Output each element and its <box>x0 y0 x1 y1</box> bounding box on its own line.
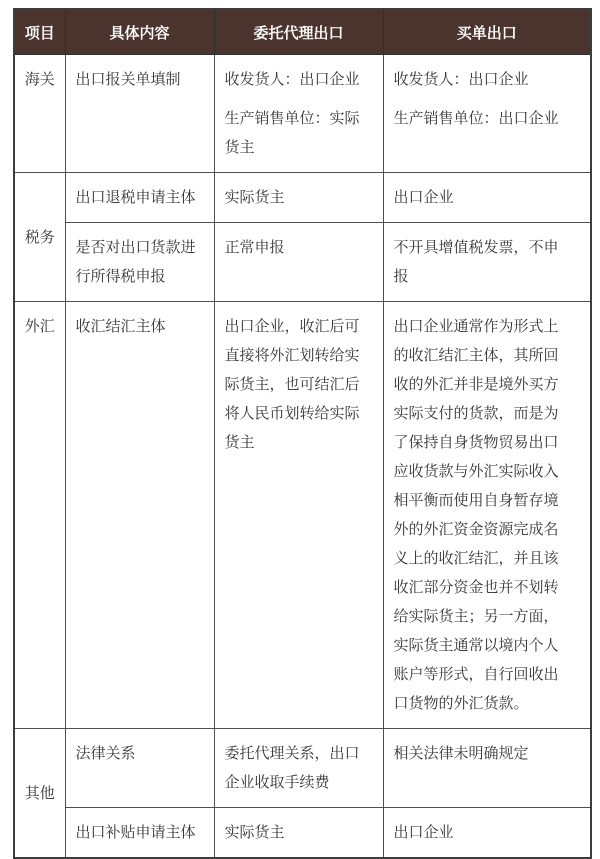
row-other-1: 其他 法律关系 委托代理关系，出口企业收取手续费 相关法律未明确规定 <box>14 729 591 808</box>
cell-forex-purchase: 出口企业通常作为形式上的收汇结汇主体，其所回收的外汇并非是境外买方实际支付的货款… <box>383 302 591 729</box>
cell-other1-agency: 委托代理关系，出口企业收取手续费 <box>214 729 383 808</box>
cell-tax1-agency: 实际货主 <box>214 173 383 223</box>
cell-tax-category: 税务 <box>14 173 65 302</box>
row-tax-2: 是否对出口货款进行所得税申报 正常申报 不开具增值税发票，不申报 <box>14 223 591 302</box>
export-comparison-table-wrap: 项目 具体内容 委托代理出口 买单出口 海关 出口报关单填制 收发货人：出口企业… <box>13 8 592 830</box>
row-forex: 外汇 收汇结汇主体 出口企业，收汇后可直接将外汇划转给实际货主，也可结汇后将人民… <box>14 302 591 729</box>
row-customs: 海关 出口报关单填制 收发货人：出口企业 生产销售单位：实际货主 收发货人：出口… <box>14 55 591 173</box>
cell-tax1-detail: 出口退税申请主体 <box>65 173 214 223</box>
customs-purchase-line1: 收发货人：出口企业 <box>394 65 571 94</box>
customs-purchase-line2: 生产销售单位：出口企业 <box>394 104 571 133</box>
cell-other2-agency: 实际货主 <box>214 808 383 831</box>
header-detail: 具体内容 <box>65 9 214 55</box>
cell-customs-category: 海关 <box>14 55 65 173</box>
cell-customs-detail: 出口报关单填制 <box>65 55 214 173</box>
cell-tax2-detail: 是否对出口货款进行所得税申报 <box>65 223 214 302</box>
cell-other-category: 其他 <box>14 729 65 831</box>
cell-tax2-agency: 正常申报 <box>214 223 383 302</box>
cell-tax1-purchase: 出口企业 <box>383 173 591 223</box>
cell-other1-purchase: 相关法律未明确规定 <box>383 729 591 808</box>
cell-forex-agency: 出口企业，收汇后可直接将外汇划转给实际货主，也可结汇后将人民币划转给实际货主 <box>214 302 383 729</box>
cell-customs-agency: 收发货人：出口企业 生产销售单位：实际货主 <box>214 55 383 173</box>
customs-agency-line1: 收发货人：出口企业 <box>225 65 373 94</box>
cell-forex-category: 外汇 <box>14 302 65 729</box>
cell-other2-purchase: 出口企业 <box>383 808 591 831</box>
header-item: 项目 <box>14 9 65 55</box>
header-purchase-export: 买单出口 <box>383 9 591 55</box>
export-comparison-table: 项目 具体内容 委托代理出口 买单出口 海关 出口报关单填制 收发货人：出口企业… <box>13 8 592 830</box>
cell-other2-detail: 出口补贴申请主体 <box>65 808 214 831</box>
row-tax-1: 税务 出口退税申请主体 实际货主 出口企业 <box>14 173 591 223</box>
header-row: 项目 具体内容 委托代理出口 买单出口 <box>14 9 591 55</box>
header-agency-export: 委托代理出口 <box>214 9 383 55</box>
customs-agency-line2: 生产销售单位：实际货主 <box>225 104 373 162</box>
cell-forex-detail: 收汇结汇主体 <box>65 302 214 729</box>
cell-tax2-purchase: 不开具增值税发票，不申报 <box>383 223 591 302</box>
cell-other1-detail: 法律关系 <box>65 729 214 808</box>
cell-customs-purchase: 收发货人：出口企业 生产销售单位：出口企业 <box>383 55 591 173</box>
row-other-2: 出口补贴申请主体 实际货主 出口企业 <box>14 808 591 831</box>
